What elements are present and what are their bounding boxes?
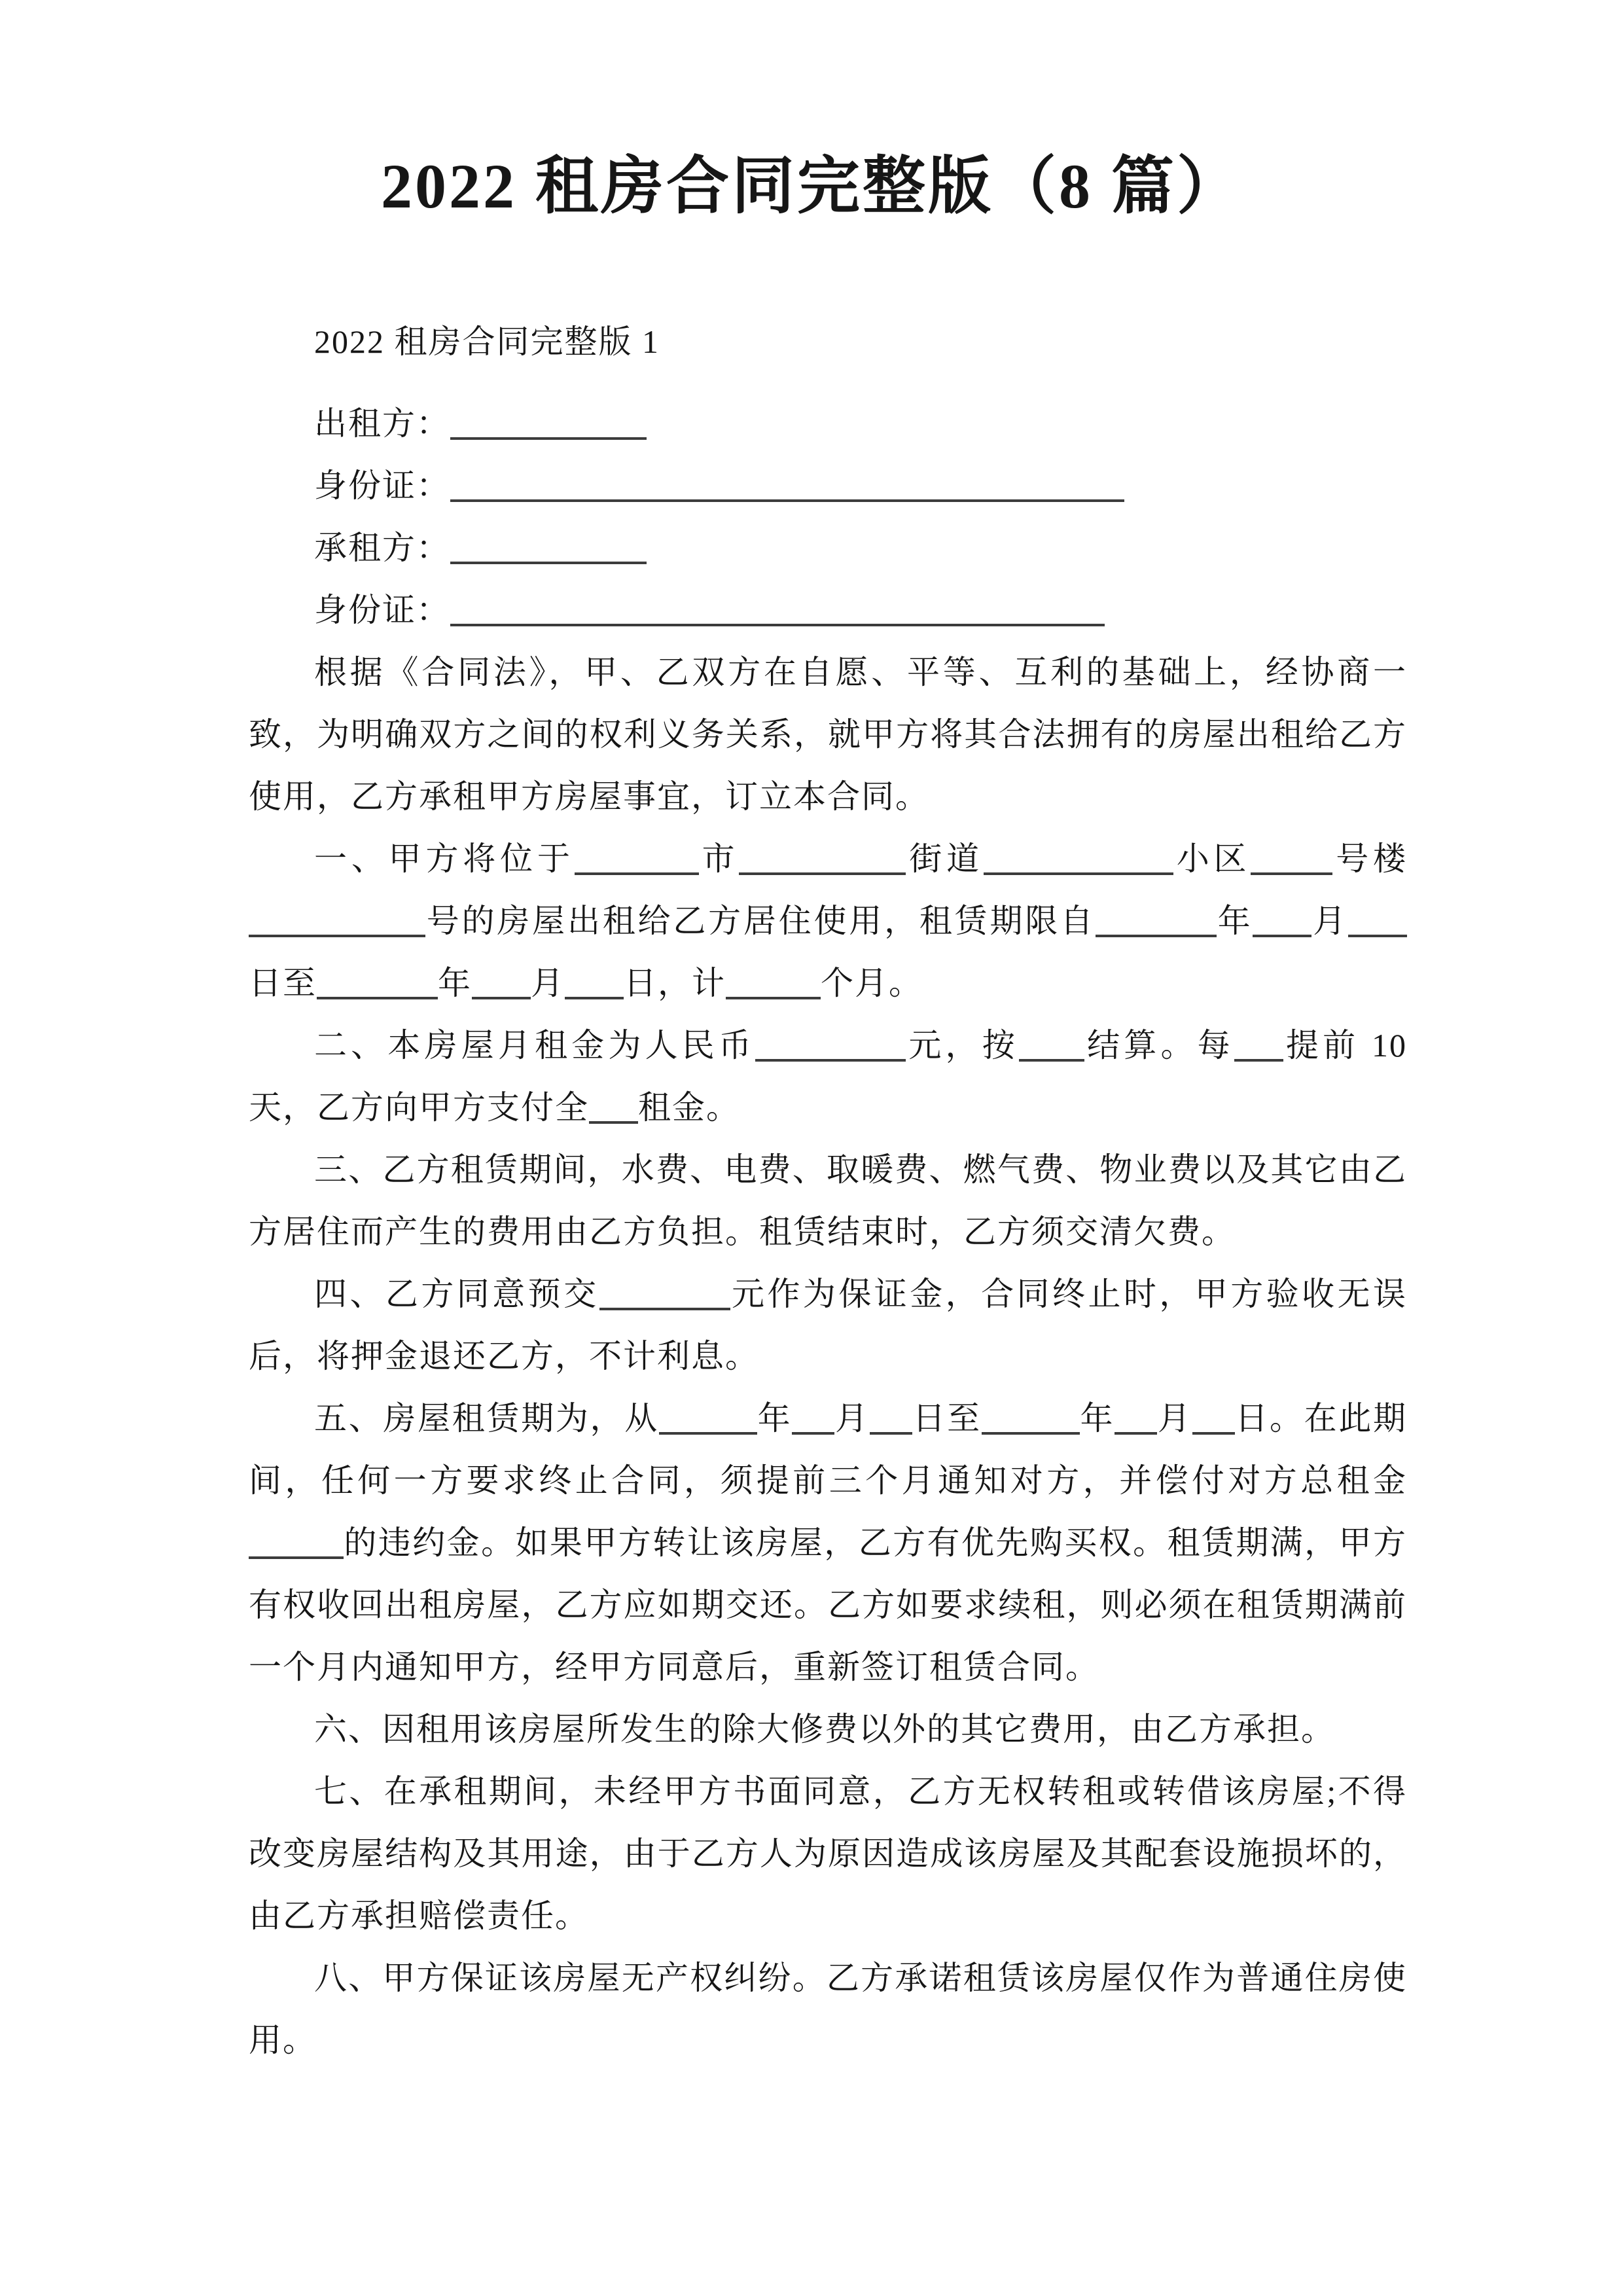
paragraph: 七、在承租期间，未经甲方书面同意，乙方无权转租或转借该房屋;不得改变房屋结构及其… (249, 1761, 1407, 1947)
document-page: 2022 租房合同完整版（8 篇） 2022 租房合同完整版 1 出租方：身份证… (0, 0, 1623, 2296)
text-run: 月 (531, 965, 565, 1001)
paragraph: 四、乙方同意预交元作为保证金，合同终止时，甲方验收无误后，将押金退还乙方，不计利… (249, 1263, 1407, 1388)
text-run: 年 (438, 965, 472, 1001)
paragraph: 二、本房屋月租金为人民币元，按结算。每提前 10 天，乙方向甲方支付全租金。 (249, 1014, 1407, 1139)
blank-line (317, 989, 438, 999)
blank-line (982, 1424, 1080, 1435)
text-run: 六、因租用该房屋所发生的除大修费以外的其它费用，由乙方承担。 (314, 1711, 1335, 1748)
text-run: 年 (757, 1400, 792, 1437)
blank-line (1348, 927, 1407, 937)
text-run: 五、房屋租赁期为，从 (314, 1400, 659, 1437)
text-run: 二、本房屋月租金为人民币 (314, 1027, 755, 1064)
blank-line (1251, 865, 1332, 875)
text-run: 身份证： (314, 467, 450, 504)
text-run: 街道 (906, 840, 983, 877)
text-run: 月 (834, 1400, 869, 1437)
text-run: 根据《合同法》，甲、乙双方在自愿、平等、互利的基础上，经协商一致，为明确双方之间… (249, 654, 1407, 815)
text-run: 的违约金。如果甲方转让该房屋，乙方有优先购买权。租赁期满，甲方有权收回出租房屋，… (249, 1524, 1407, 1685)
blank-line (984, 865, 1173, 875)
text-run: 日至 (249, 965, 317, 1001)
paragraph: 一、甲方将位于市街道小区号楼号的房屋出租给乙方居住使用，租赁期限自年月日至年月日… (249, 828, 1407, 1014)
blank-line (472, 989, 531, 999)
blank-line (1096, 927, 1217, 937)
text-run: 租金。 (638, 1089, 740, 1126)
text-run: 市 (699, 840, 740, 877)
paragraph: 身份证： (249, 455, 1407, 517)
text-run: 个月。 (821, 965, 923, 1001)
blank-line (450, 492, 1124, 502)
text-run: 出租方： (314, 405, 450, 442)
text-run: 一、甲方将位于 (314, 840, 575, 877)
blank-line (1192, 1424, 1235, 1435)
blank-line (575, 865, 699, 875)
paragraph: 出租方： (249, 393, 1407, 455)
text-run: 元，按 (906, 1027, 1019, 1064)
blank-line (792, 1424, 834, 1435)
paragraph: 六、因租用该房屋所发生的除大修费以外的其它费用，由乙方承担。 (249, 1698, 1407, 1761)
text-run: 号楼 (1332, 840, 1407, 877)
text-run: 三、乙方租赁期间，水费、电费、取暖费、燃气费、物业费以及其它由乙方居住而产生的费… (249, 1151, 1407, 1250)
paragraph: 三、乙方租赁期间，水费、电费、取暖费、燃气费、物业费以及其它由乙方居住而产生的费… (249, 1139, 1407, 1263)
text-run: 月 (1311, 903, 1348, 939)
blank-line (599, 1300, 730, 1310)
text-run: 年 (1217, 903, 1253, 939)
text-run: 年 (1080, 1400, 1115, 1437)
text-run: 七、在承租期间，未经甲方书面同意，乙方无权转租或转借该房屋;不得改变房屋结构及其… (249, 1773, 1407, 1934)
text-run: 日至 (912, 1400, 982, 1437)
text-run: 小区 (1173, 840, 1251, 877)
document-title: 2022 租房合同完整版（8 篇） (216, 147, 1407, 226)
blank-line (450, 616, 1105, 626)
text-run: 承租方： (314, 529, 450, 566)
paragraph: 承租方： (249, 517, 1407, 579)
paragraph: 八、甲方保证该房屋无产权纠纷。乙方承诺租赁该房屋仅作为普通住房使用。 (249, 1947, 1407, 2072)
blank-line (249, 1549, 344, 1559)
blank-line (450, 554, 647, 564)
blank-line (565, 989, 624, 999)
blank-line (1115, 1424, 1157, 1435)
blank-line (755, 1051, 906, 1062)
text-run: 身份证： (314, 592, 450, 628)
blank-line (1234, 1051, 1283, 1062)
contract-body: 出租方：身份证：承租方：身份证：根据《合同法》，甲、乙双方在自愿、平等、互利的基… (249, 393, 1407, 2072)
text-run: 月 (1157, 1400, 1192, 1437)
blank-line (870, 1424, 912, 1435)
blank-line (726, 989, 821, 999)
blank-line (249, 927, 425, 937)
paragraph: 根据《合同法》，甲、乙双方在自愿、平等、互利的基础上，经协商一致，为明确双方之间… (249, 641, 1407, 828)
paragraph: 身份证： (249, 579, 1407, 641)
blank-line (739, 865, 906, 875)
text-run: 四、乙方同意预交 (314, 1276, 599, 1312)
paragraph: 五、房屋租赁期为，从年月日至年月日。在此期间，任何一方要求终止合同，须提前三个月… (249, 1388, 1407, 1698)
blank-line (659, 1424, 757, 1435)
blank-line (450, 429, 647, 440)
blank-line (1019, 1051, 1084, 1062)
text-run: 八、甲方保证该房屋无产权纠纷。乙方承诺租赁该房屋仅作为普通住房使用。 (249, 1960, 1407, 2058)
text-run: 日，计 (624, 965, 726, 1001)
document-body: 2022 租房合同完整版 1 出租方：身份证：承租方：身份证：根据《合同法》，甲… (249, 311, 1407, 2072)
text-run: 结算。每 (1084, 1027, 1234, 1064)
blank-line (589, 1113, 638, 1124)
text-run: 号的房屋出租给乙方居住使用，租赁期限自 (425, 903, 1096, 939)
section-subtitle: 2022 租房合同完整版 1 (249, 311, 1407, 373)
blank-line (1253, 927, 1311, 937)
